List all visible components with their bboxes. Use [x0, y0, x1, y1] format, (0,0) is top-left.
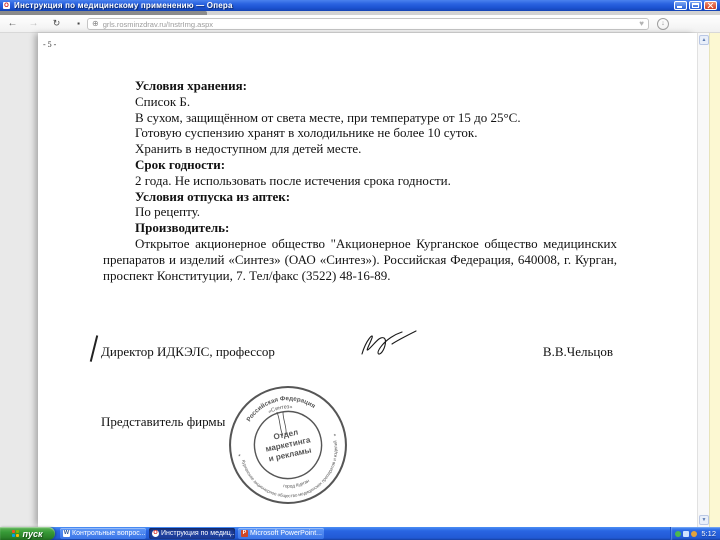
window-controls	[674, 1, 717, 10]
representative-label: Представитель фирмы	[101, 414, 225, 430]
word-icon: W	[63, 530, 70, 537]
address-bar[interactable]: ⊕ grls.rosminzdrav.ru/InstrImg.aspx ♥	[87, 18, 649, 30]
window-title: Инструкция по медицинскому применению — …	[14, 1, 674, 10]
volume-icon[interactable]	[691, 531, 697, 537]
opera-icon: O	[152, 530, 159, 537]
company-stamp: Российская Федерация «Синтез» Курганское…	[216, 373, 361, 518]
page-number: - 5 -	[43, 40, 56, 49]
browser-toolbar: ← → ↻ ▪ ⊕ grls.rosminzdrav.ru/InstrImg.a…	[0, 15, 720, 33]
url-text[interactable]: grls.rosminzdrav.ru/InstrImg.aspx	[103, 20, 640, 29]
system-tray: 5:12	[670, 527, 720, 540]
start-button[interactable]: пуск	[0, 527, 55, 540]
signature-name: В.В.Чельцов	[493, 344, 613, 360]
maximize-button[interactable]	[689, 1, 702, 10]
side-panel-strip	[709, 33, 720, 527]
doc-line: По рецепту.	[103, 204, 617, 220]
shield-icon[interactable]	[675, 531, 681, 537]
desktop-screen: O Инструкция по медицинскому применению …	[0, 0, 720, 540]
taskbar-button-label: Инструкция по медиц...	[161, 530, 235, 537]
taskbar: пуск W Контрольные вопрос... O Инструкци…	[0, 527, 720, 540]
panels-icon[interactable]: ▪	[71, 17, 86, 30]
doc-heading-manufacturer: Производитель:	[103, 220, 617, 236]
download-icon[interactable]: ↓	[657, 18, 669, 30]
minimize-button[interactable]	[674, 1, 687, 10]
signature-role: Директор ИДКЭЛС, профессор	[101, 344, 275, 360]
handwritten-slash	[90, 335, 98, 362]
back-icon[interactable]: ←	[5, 17, 20, 30]
doc-line: Хранить в недоступном для детей месте.	[103, 141, 617, 157]
close-button[interactable]	[704, 1, 717, 10]
taskbar-button-label: Microsoft PowerPoint...	[250, 530, 322, 537]
start-label: пуск	[22, 529, 42, 539]
doc-heading-dispensing: Условия отпуска из аптек:	[103, 189, 617, 205]
manufacturer-paragraph: Открытое акционерное общество "Акционерн…	[103, 236, 617, 283]
taskbar-button-word[interactable]: W Контрольные вопрос...	[60, 528, 146, 539]
stamp-star-left: *	[238, 453, 242, 460]
signature-scribble	[356, 328, 420, 365]
doc-line: Готовую суспензию хранят в холодильнике …	[103, 125, 617, 141]
doc-heading-storage: Условия хранения:	[103, 78, 617, 94]
doc-heading-shelf-life: Срок годности:	[103, 157, 617, 173]
windows-logo-icon	[12, 530, 19, 537]
browser-viewport: - 5 - Условия хранения: Список Б. В сухо…	[0, 33, 720, 527]
forward-icon[interactable]: →	[26, 17, 41, 30]
taskbar-button-label: Контрольные вопрос...	[72, 530, 146, 537]
document-page: - 5 - Условия хранения: Список Б. В сухо…	[38, 33, 697, 527]
reload-icon[interactable]: ↻	[49, 17, 64, 30]
stamp-ring-bottom: город Курган	[282, 478, 311, 491]
document-text: Условия хранения: Список Б. В сухом, защ…	[103, 78, 617, 283]
opera-app-icon: O	[3, 2, 10, 9]
doc-line: Список Б.	[103, 94, 617, 110]
taskbar-button-powerpoint[interactable]: P Microsoft PowerPoint...	[238, 528, 324, 539]
scroll-up-icon[interactable]: ▲	[699, 35, 709, 45]
language-icon[interactable]	[683, 531, 689, 537]
doc-line: 2 года. Не использовать после истечения …	[103, 173, 617, 189]
doc-line: В сухом, защищённом от света месте, при …	[103, 110, 617, 126]
globe-icon: ⊕	[92, 20, 99, 28]
stamp-star-right: *	[333, 433, 337, 440]
taskbar-button-opera[interactable]: O Инструкция по медиц...	[149, 528, 235, 539]
powerpoint-icon: P	[241, 530, 248, 537]
scroll-down-icon[interactable]: ▼	[699, 515, 709, 525]
browser-titlebar: O Инструкция по медицинскому применению …	[0, 0, 720, 11]
taskbar-clock: 5:12	[701, 529, 716, 538]
bookmark-heart-icon[interactable]: ♥	[639, 20, 644, 28]
